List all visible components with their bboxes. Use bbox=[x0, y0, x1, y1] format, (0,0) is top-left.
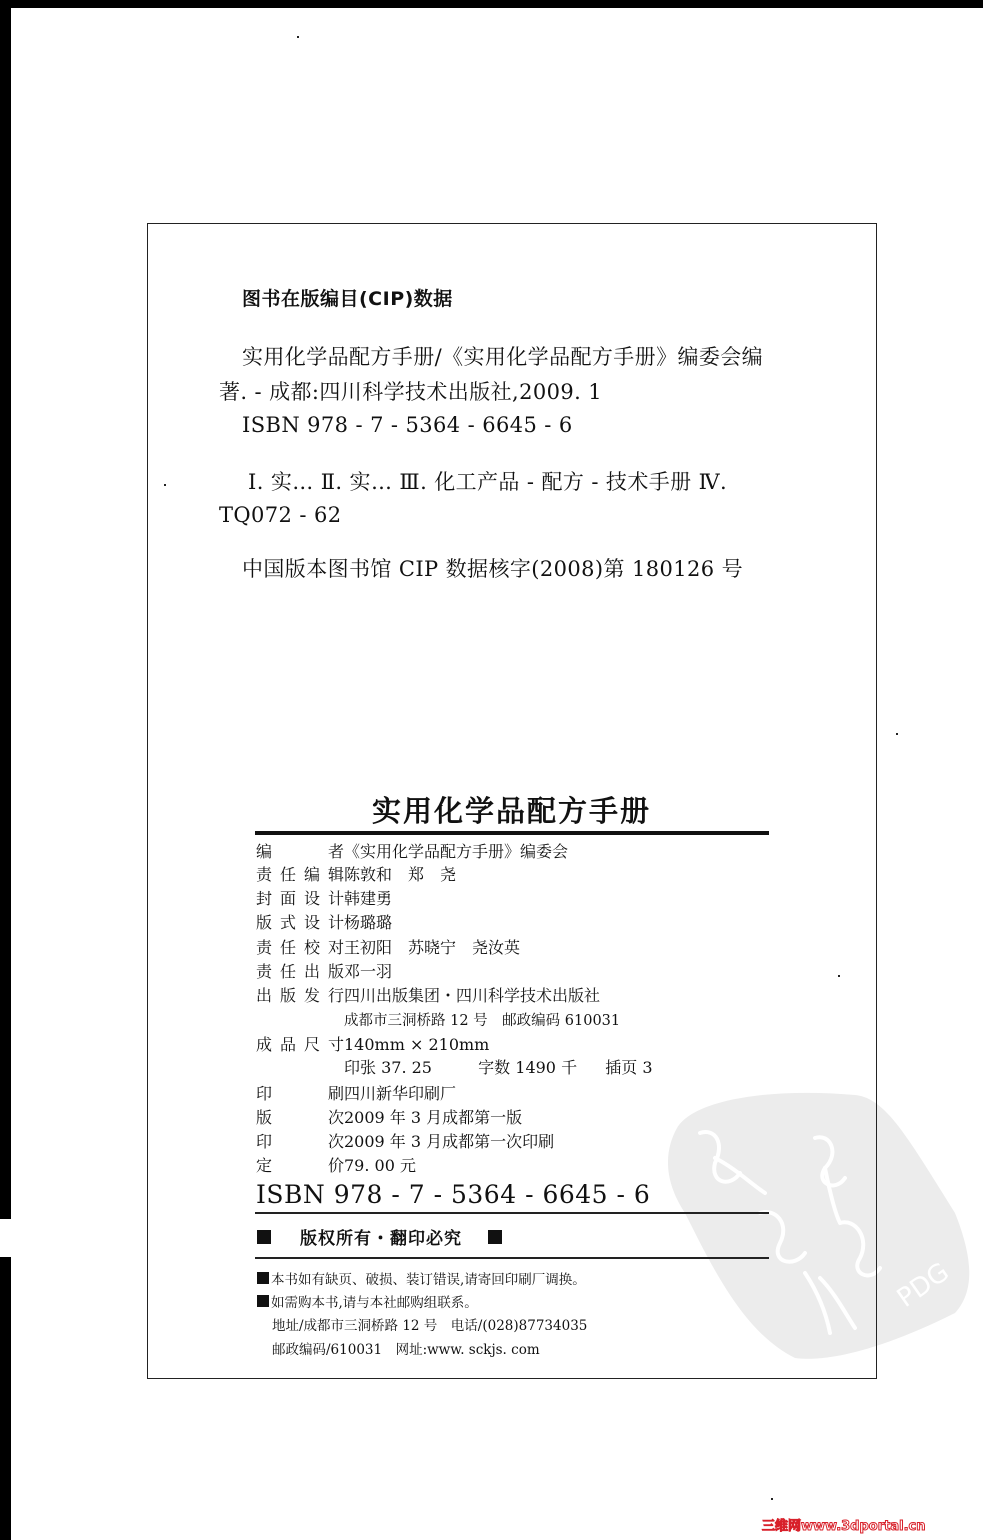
colophon-value: 2009 年 3 月成都第一版 bbox=[344, 1107, 522, 1129]
colophon-label: 印 刷 bbox=[256, 1083, 344, 1105]
scan-speck bbox=[771, 1498, 773, 1500]
colophon-value: 韩建勇 bbox=[344, 888, 392, 910]
colophon-value: 邓一羽 bbox=[344, 961, 392, 983]
cip-heading: 图书在版编目(CIP)数据 bbox=[242, 284, 453, 311]
book-title: 实用化学品配方手册 bbox=[255, 789, 768, 830]
colophon-row-printing: 印 次 2009 年 3 月成都第一次印刷 bbox=[256, 1131, 344, 1153]
colophon-row-edition: 版 次 2009 年 3 月成都第一版 bbox=[256, 1107, 344, 1129]
colophon-label: 责任出版 bbox=[256, 961, 344, 983]
colophon-label: 出版发行 bbox=[256, 985, 344, 1007]
cip-subject-line-2: TQ072 - 62 bbox=[219, 503, 341, 527]
postcode-web: 邮政编码/610031 网址:www. sckjs. com bbox=[272, 1338, 540, 1358]
cip-library-line: 中国版本图书馆 CIP 数据核字(2008)第 180126 号 bbox=[242, 553, 743, 583]
rule-above-rights bbox=[255, 1212, 769, 1214]
colophon-value: 《实用化学品配方手册》编委会 bbox=[344, 841, 568, 863]
colophon-label: 责任编辑 bbox=[256, 864, 344, 886]
colophon-label: 封面设计 bbox=[256, 888, 344, 910]
cip-subject-line-1: Ⅰ. 实… Ⅱ. 实… Ⅲ. 化工产品 - 配方 - 技术手册 Ⅳ. bbox=[248, 466, 727, 496]
colophon-label: 责任校对 bbox=[256, 937, 344, 959]
colophon-row-price: 定 价 79. 00 元 bbox=[256, 1155, 344, 1177]
colophon-value: 四川新华印刷厂 bbox=[344, 1083, 456, 1105]
rule-below-rights bbox=[255, 1257, 769, 1259]
colophon-value: 四川出版集团・四川科学技术出版社 bbox=[344, 985, 600, 1007]
isbn-large: ISBN 978 - 7 - 5364 - 6645 - 6 bbox=[256, 1180, 650, 1209]
notice-defect-text: 本书如有缺页、破损、装订错误,请寄回印刷厂调换。 bbox=[271, 1268, 586, 1288]
notice-mail-order-text: 如需购本书,请与本社邮购组联系。 bbox=[271, 1291, 478, 1311]
square-bullet-icon bbox=[257, 1272, 269, 1284]
colophon-row-trim-size: 成品尺寸 140mm × 210mm bbox=[256, 1034, 344, 1056]
scan-border-notch bbox=[0, 1219, 13, 1257]
colophon-row-printer: 印 刷 四川新华印刷厂 bbox=[256, 1083, 344, 1105]
scan-speck bbox=[297, 36, 299, 38]
notice-defect: 本书如有缺页、破损、装订错误,请寄回印刷厂调换。 bbox=[257, 1268, 586, 1288]
colophon-label: 版式设计 bbox=[256, 912, 344, 934]
rights-banner: 版权所有・翻印必究 bbox=[257, 1224, 502, 1249]
colophon-value: 2009 年 3 月成都第一次印刷 bbox=[344, 1131, 554, 1153]
colophon-row-layout-design: 版式设计 杨璐璐 bbox=[256, 912, 344, 934]
colophon-value: 79. 00 元 bbox=[344, 1155, 416, 1177]
colophon-row-responsible-editor: 责任编辑 陈敦和 郑 尧 bbox=[256, 864, 344, 886]
colophon-value: 140mm × 210mm bbox=[344, 1034, 489, 1056]
cip-record-line-2: 著. - 成都:四川科学技术出版社,2009. 1 bbox=[219, 376, 602, 406]
colophon-label: 成品尺寸 bbox=[256, 1034, 344, 1056]
notice-mail-order: 如需购本书,请与本社邮购组联系。 bbox=[257, 1291, 478, 1311]
square-bullet-icon bbox=[257, 1295, 269, 1307]
colophon-row-production: 责任出版 邓一羽 bbox=[256, 961, 344, 983]
colophon-label: 印 次 bbox=[256, 1131, 344, 1153]
colophon-label: 定 价 bbox=[256, 1155, 344, 1177]
plates: 插页 3 bbox=[605, 1058, 652, 1077]
square-bullet-icon bbox=[488, 1230, 502, 1244]
cip-record-line-1: 实用化学品配方手册/《实用化学品配方手册》编委会编 bbox=[242, 341, 763, 371]
colophon-row-proofreading: 责任校对 王初阳 苏晓宁 尧汝英 bbox=[256, 937, 344, 959]
site-watermark: 三维网www.3dportal.cn bbox=[762, 1515, 925, 1534]
colophon-value: 陈敦和 郑 尧 bbox=[344, 864, 456, 886]
title-rule bbox=[255, 831, 769, 835]
colophon-label: 编 者 bbox=[256, 841, 344, 863]
rights-text: 版权所有・翻印必究 bbox=[300, 1224, 462, 1249]
colophon-label: 版 次 bbox=[256, 1107, 344, 1129]
publisher-address: 成都市三洞桥路 12 号 邮政编码 610031 bbox=[344, 1010, 620, 1032]
colophon-row-editor: 编 者 《实用化学品配方手册》编委会 bbox=[256, 841, 344, 863]
colophon-row-cover-design: 封面设计 韩建勇 bbox=[256, 888, 344, 910]
square-bullet-icon bbox=[257, 1230, 271, 1244]
colophon-row-publisher: 出版发行 四川出版集团・四川科学技术出版社 bbox=[256, 985, 344, 1007]
colophon-value: 杨璐璐 bbox=[344, 912, 392, 934]
print-specs: 印张 37. 25 字数 1490 千 插页 3 bbox=[344, 1057, 653, 1079]
sheets: 印张 37. 25 bbox=[344, 1058, 432, 1077]
colophon-value: 王初阳 苏晓宁 尧汝英 bbox=[344, 937, 520, 959]
scan-border-top bbox=[0, 0, 983, 8]
scan-border-left bbox=[0, 0, 11, 1540]
address-phone: 地址/成都市三洞桥路 12 号 电话/(028)87734035 bbox=[272, 1314, 587, 1334]
scan-speck bbox=[896, 733, 898, 735]
cip-isbn: ISBN 978 - 7 - 5364 - 6645 - 6 bbox=[242, 413, 573, 437]
word-count: 字数 1490 千 bbox=[478, 1058, 577, 1077]
